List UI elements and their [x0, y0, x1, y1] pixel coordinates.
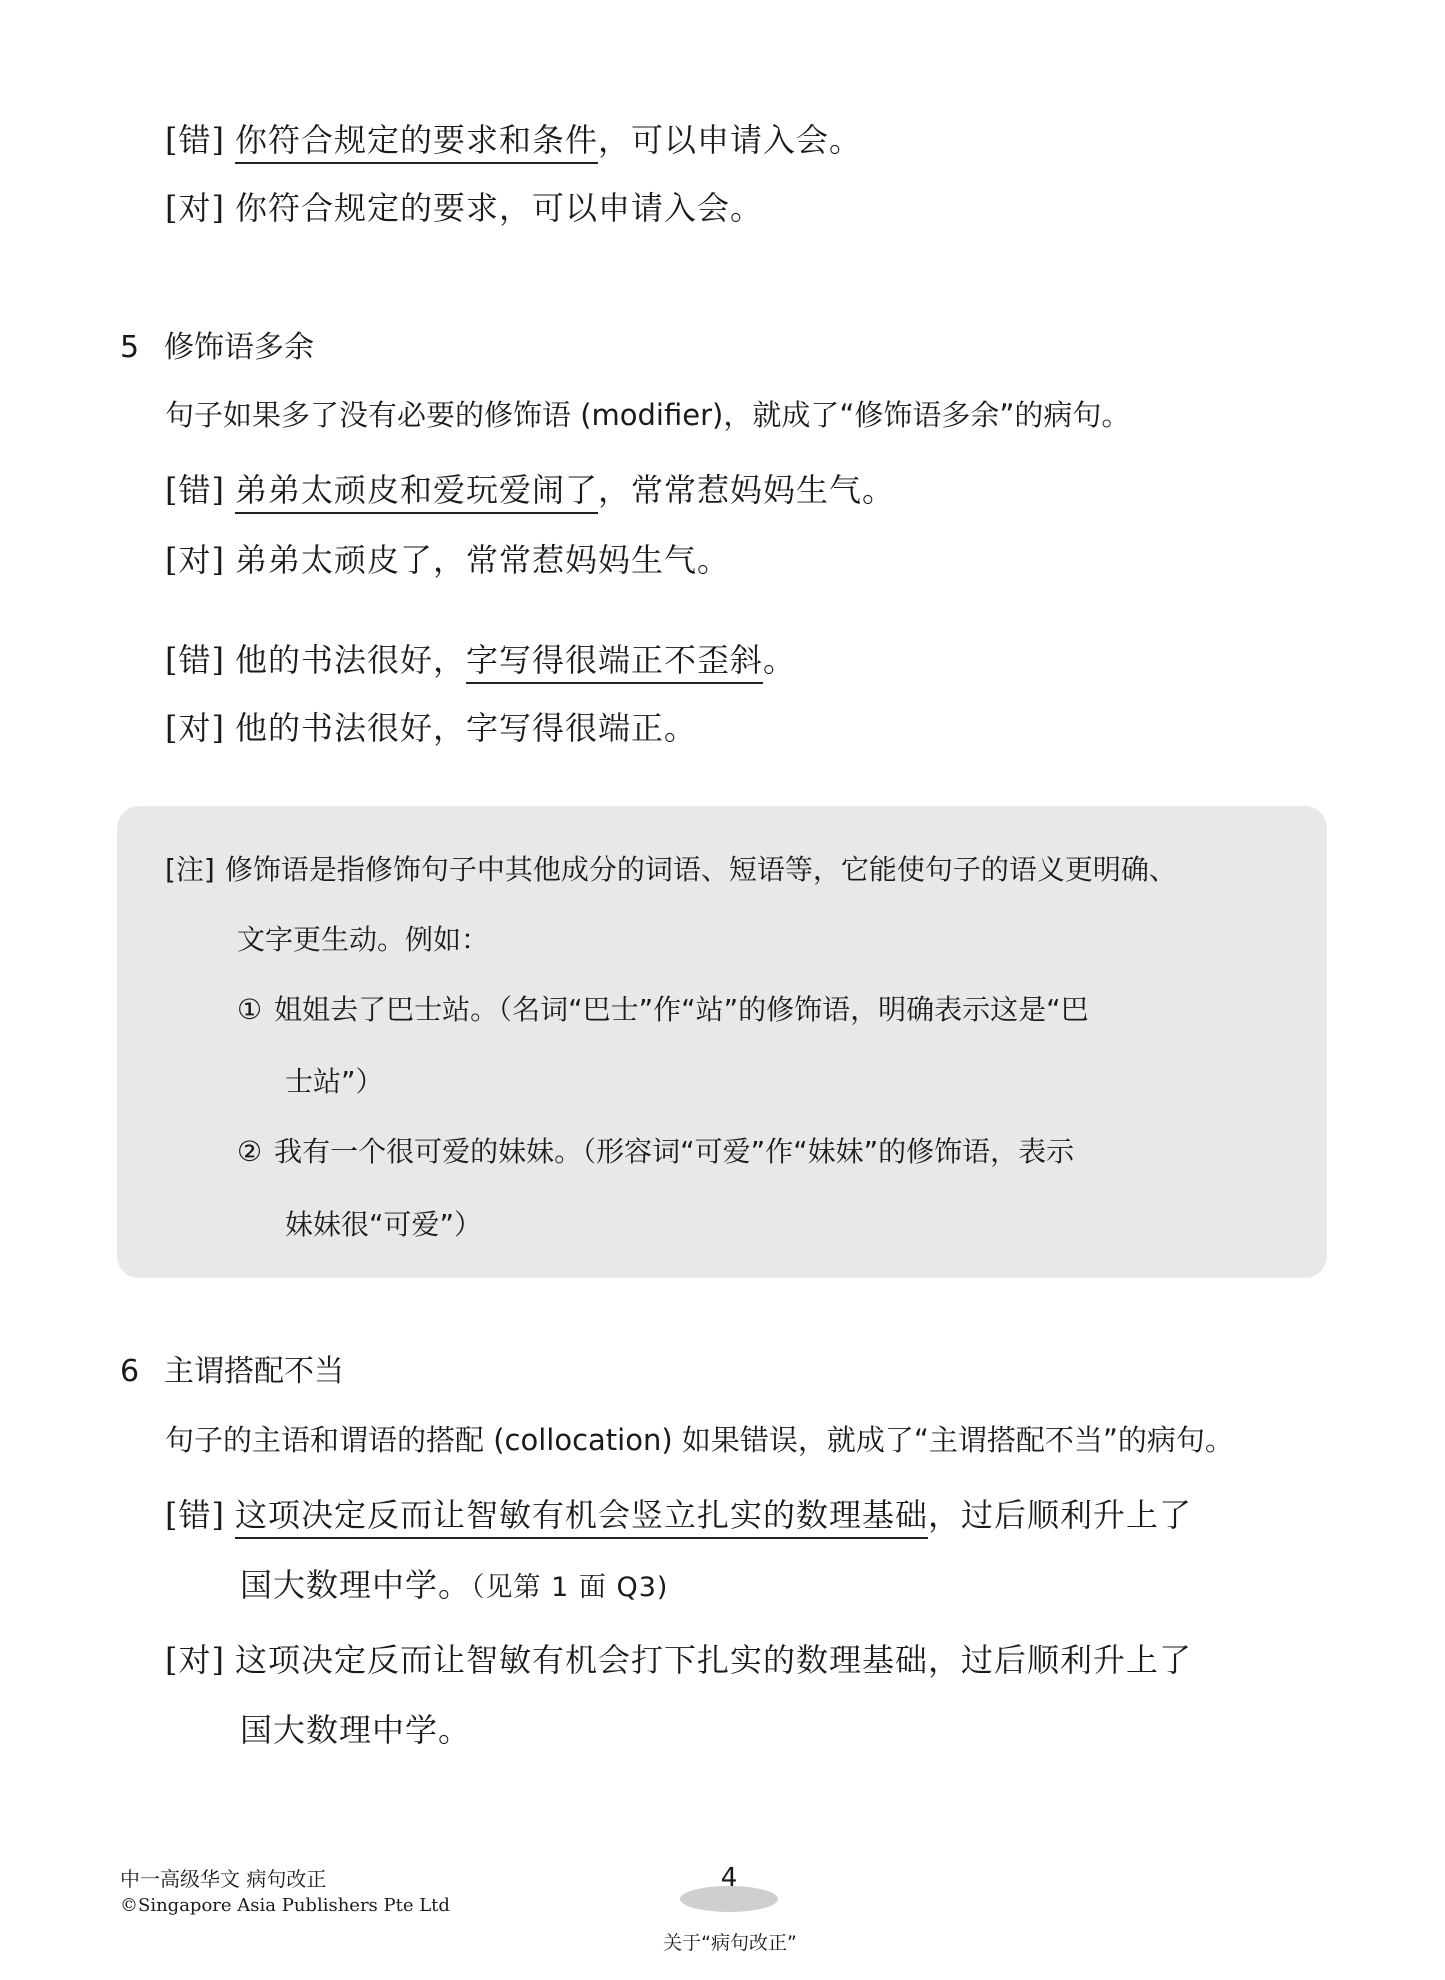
item-marker: ①	[237, 993, 262, 1026]
underlined-error: 你符合规定的要求和条件	[235, 121, 598, 164]
section-5-example-1-right: [对]弟弟太顽皮了，常常惹妈妈生气。	[165, 540, 730, 580]
sentence-rest: ，可以申请入会。	[598, 121, 862, 159]
section-5-example-1-wrong: [错]弟弟太顽皮和爱玩爱闹了，常常惹妈妈生气。	[165, 470, 895, 510]
wrong-tag: [错]	[165, 471, 225, 509]
sentence-text: 弟弟太顽皮了，常常惹妈妈生气。	[235, 541, 730, 579]
note-item-1-cont: 士站”）	[285, 1062, 384, 1102]
note-line-1: [注]修饰语是指修饰句子中其他成分的词语、短语等，它能使句子的语义更明确、	[165, 850, 1177, 890]
sentence-text: 国大数理中学。	[240, 1566, 471, 1604]
sentence-text: 你符合规定的要求，可以申请入会。	[235, 189, 763, 227]
underlined-error: 字写得很端正不歪斜	[466, 641, 763, 684]
section-5-heading: 5修饰语多余	[120, 328, 314, 368]
section-5-description: 句子如果多了没有必要的修饰语 (modifier)，就成了“修饰语多余”的病句。	[165, 395, 1130, 435]
sentence-rest: ，过后顺利升上了	[928, 1496, 1192, 1534]
book-title: 中一高级华文 病句改正	[120, 1865, 450, 1893]
item-text: 我有一个很可爱的妹妹。（形容词“可爱”作“妹妹”的修饰语，表示	[274, 1135, 1074, 1168]
item-marker: ②	[237, 1135, 262, 1168]
section-title: 主谓搭配不当	[164, 1354, 344, 1389]
section-number: 6	[120, 1352, 164, 1392]
section-number: 5	[120, 328, 164, 368]
right-tag: [对]	[165, 1641, 225, 1679]
right-tag: [对]	[165, 541, 225, 579]
underlined-error: 这项决定反而让智敏有机会竖立扎实的数理基础	[235, 1496, 928, 1539]
item-text: 姐姐去了巴士站。（名词“巴士”作“站”的修饰语，明确表示这是“巴	[274, 993, 1089, 1026]
section-title: 修饰语多余	[164, 330, 314, 365]
sentence-rest: ，常常惹妈妈生气。	[598, 471, 895, 509]
section-6-wrong-line-2: 国大数理中学。（见第 1 面 Q3)	[240, 1565, 668, 1608]
right-tag: [对]	[165, 189, 225, 227]
section-5-example-2-right: [对]他的书法很好，字写得很端正。	[165, 708, 697, 748]
note-item-1: ①姐姐去了巴士站。（名词“巴士”作“站”的修饰语，明确表示这是“巴	[237, 990, 1089, 1030]
footer-section-title: 关于“病句改正”	[600, 1930, 860, 1956]
section-6-wrong-line-1: [错]这项决定反而让智敏有机会竖立扎实的数理基础，过后顺利升上了	[165, 1495, 1192, 1535]
wrong-tag: [错]	[165, 641, 225, 679]
sentence-before: 他的书法很好，	[235, 641, 466, 679]
section-6-right-line-2: 国大数理中学。	[240, 1710, 471, 1750]
footer-book-info: 中一高级华文 病句改正 ©Singapore Asia Publishers P…	[120, 1865, 450, 1919]
right-tag: [对]	[165, 709, 225, 747]
page-number: 4	[680, 1864, 778, 1892]
intro-wrong-example: [错]你符合规定的要求和条件，可以申请入会。	[165, 120, 862, 160]
intro-right-example: [对]你符合规定的要求，可以申请入会。	[165, 188, 763, 228]
note-text: 修饰语是指修饰句子中其他成分的词语、短语等，它能使句子的语义更明确、	[225, 853, 1177, 886]
note-tag: [注]	[165, 853, 215, 886]
sentence-rest: 。	[763, 641, 796, 679]
page-number-badge: 4	[680, 1864, 780, 1914]
page-reference: （见第 1 面 Q3)	[471, 1572, 668, 1603]
section-6-description: 句子的主语和谓语的搭配 (collocation) 如果错误，就成了“主谓搭配不…	[165, 1420, 1234, 1460]
section-6-right-line-1: [对]这项决定反而让智敏有机会打下扎实的数理基础，过后顺利升上了	[165, 1640, 1192, 1680]
underlined-error: 弟弟太顽皮和爱玩爱闹了	[235, 471, 598, 514]
note-item-2: ②我有一个很可爱的妹妹。（形容词“可爱”作“妹妹”的修饰语，表示	[237, 1132, 1074, 1172]
wrong-tag: [错]	[165, 121, 225, 159]
sentence-text: 他的书法很好，字写得很端正。	[235, 709, 697, 747]
note-item-2-cont: 妹妹很“可爱”）	[285, 1205, 482, 1245]
section-5-example-2-wrong: [错]他的书法很好，字写得很端正不歪斜。	[165, 640, 796, 680]
section-6-heading: 6主谓搭配不当	[120, 1352, 344, 1392]
copyright: ©Singapore Asia Publishers Pte Ltd	[120, 1893, 450, 1919]
note-line-2: 文字更生动。例如：	[237, 920, 489, 960]
sentence-text: 这项决定反而让智敏有机会打下扎实的数理基础，过后顺利升上了	[235, 1641, 1192, 1679]
wrong-tag: [错]	[165, 1496, 225, 1534]
